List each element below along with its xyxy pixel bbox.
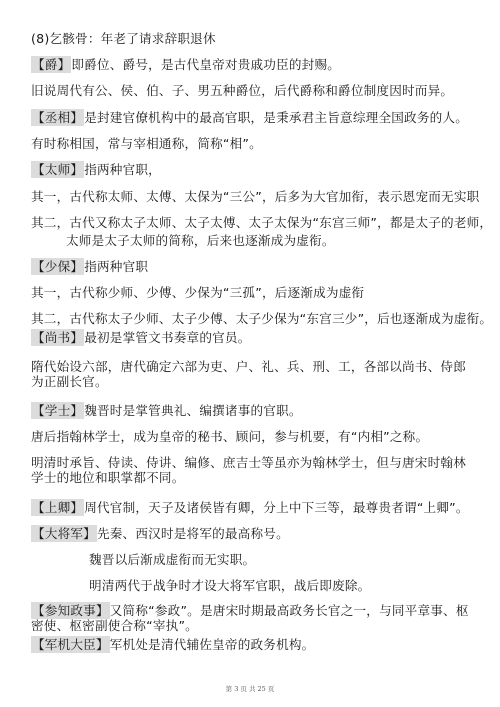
term-entry: 【参知政事】又简称“参政”。是唐宋时期最高政务长官之一，与同平章事、枢密使、枢密… xyxy=(31,603,471,633)
term-tag: 【大将军】 xyxy=(31,525,97,542)
term-tag: 【爵】 xyxy=(31,56,71,73)
term-entry: 【军机大臣】军机处是清代辅佐皇帝的政务机构。 xyxy=(31,637,314,653)
text-line: 其一，古代称少师、少傅、少保为“三孤”，后逐渐成为虚衔 xyxy=(31,285,364,301)
text-line: 旧说周代有公、侯、伯、子、男五种爵位，后代爵称和爵位制度因时而异。 xyxy=(31,83,453,99)
text-paragraph: 明清时承旨、侍读、侍讲、编修、庶吉士等虽亦为翰林学士，但与唐宋时翰林学士的地位和… xyxy=(31,455,471,485)
text-line: 魏晋以后渐成虚衔而无实职。 xyxy=(89,552,255,568)
term-entry: 【学士】魏晋时是掌管典礼、编撰诸事的官职。 xyxy=(31,403,302,419)
term-tag: 【上卿】 xyxy=(31,499,84,516)
page-footer: 第 3 页 共 25 页 xyxy=(0,684,500,693)
text-line: 其二，古代称太子少师、太子少傅、太子少保为“东宫三少”，后也逐渐成为虚衔。 xyxy=(31,311,492,327)
text-line: 明清两代于战争时才设大将军官职，战后即废除。 xyxy=(89,578,370,594)
text-line: 其一，古代称太师、太傅、太保为“三公”，后多为大官加衔，表示恩宠而无实职 xyxy=(31,189,479,205)
term-entry: 【尚书】最初是掌管文书奏章的官员。 xyxy=(31,330,251,346)
term-definition: 魏晋时是掌管典礼、编撰诸事的官职。 xyxy=(84,403,302,418)
term-definition: 先秦、西汉时是将军的最高称号。 xyxy=(97,526,289,541)
term-definition: 最初是掌管文书奏章的官员。 xyxy=(84,330,250,345)
term-entry: 【爵】即爵位、爵号，是古代皇帝对贵戚功臣的封赐。 xyxy=(31,57,340,73)
term-entry: 【大将军】先秦、西汉时是将军的最高称号。 xyxy=(31,526,289,542)
term-definition: 军机处是清代辅佐皇帝的政务机构。 xyxy=(110,637,315,652)
text-line: 唐后指翰林学士，成为皇帝的秘书、顾问，参与机要，有“内相”之称。 xyxy=(31,429,428,445)
term-tag: 【丞相】 xyxy=(31,109,84,126)
term-definition: 指两种官职， xyxy=(84,162,161,177)
text-line: 其二，古代又称太子太师、太子太傅、太子太保为“东宫三师”，都是太子的老师， xyxy=(31,215,492,231)
term-entry: 【丞相】是封建官僚机构中的最高官职，是秉承君主旨意综理全国政务的人。 xyxy=(31,110,468,126)
text-paragraph: 隋代始设六部，唐代确定六部为吏、户、礼、兵、刑、工，各部以尚书、侍郎为正副长官。 xyxy=(31,359,471,389)
term-tag: 【太师】 xyxy=(31,161,84,178)
term-entry: 【少保】指两种官职 xyxy=(31,259,148,275)
term-tag: 【少保】 xyxy=(31,258,84,275)
text-line: (8)乞骸骨：年老了请求辞职退休 xyxy=(31,31,216,47)
text-line: 有时称相国，常与宰相通称，简称“相”。 xyxy=(31,136,262,152)
document-page: (8)乞骸骨：年老了请求辞职退休 【爵】即爵位、爵号，是古代皇帝对贵戚功臣的封赐… xyxy=(0,0,500,707)
term-tag: 【参知政事】 xyxy=(31,602,110,619)
term-tag: 【学士】 xyxy=(31,402,84,419)
term-entry: 【上卿】周代官制，天子及诸侯皆有卿，分上中下三等，最尊贵者谓“上卿”。 xyxy=(31,500,469,516)
term-definition: 是封建官僚机构中的最高官职，是秉承君主旨意综理全国政务的人。 xyxy=(84,110,468,125)
term-definition: 即爵位、爵号，是古代皇帝对贵戚功臣的封赐。 xyxy=(71,57,340,72)
text-line: 太师是太子太师的简称，后来也逐渐成为虚衔。 xyxy=(66,233,335,249)
term-definition: 指两种官职 xyxy=(84,259,148,274)
term-tag: 【军机大臣】 xyxy=(31,636,110,653)
term-tag: 【尚书】 xyxy=(31,329,84,346)
term-entry: 【太师】指两种官职， xyxy=(31,162,161,178)
term-definition: 周代官制，天子及诸侯皆有卿，分上中下三等，最尊贵者谓“上卿”。 xyxy=(84,500,468,515)
